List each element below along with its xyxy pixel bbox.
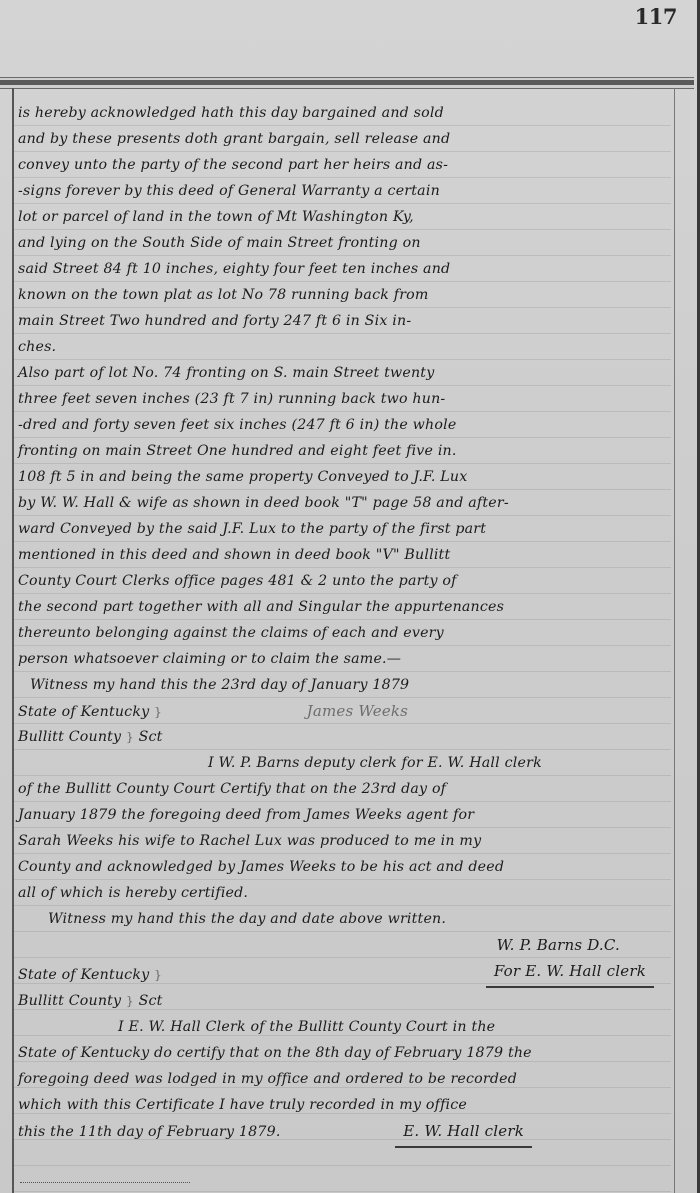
deed-line: known on the town plat as lot No 78 runn… [18, 282, 670, 308]
grantor-signature: James Weeks [307, 702, 408, 720]
venue-block: State of Kentucky } James Weeks [18, 698, 670, 724]
brace-icon: } [126, 988, 134, 1014]
deed-line: by W. W. Hall & wife as shown in deed bo… [18, 490, 670, 516]
cert-date-line: this the 11th day of February 1879. [18, 1124, 281, 1140]
venue-block: Bullitt County } Sct [18, 724, 670, 750]
deed-line: and by these presents doth grant bargain… [18, 126, 670, 152]
record-text: is hereby acknowledged hath this day bar… [18, 100, 670, 1144]
cert-line: I E. W. Hall Clerk of the Bullitt County… [18, 1014, 670, 1040]
brace-icon: } [154, 962, 162, 988]
ack-line: January 1879 the foregoing deed from Jam… [18, 802, 670, 828]
deed-line: and lying on the South Side of main Stre… [18, 230, 670, 256]
deed-line: -dred and forty seven feet six inches (2… [18, 412, 670, 438]
venue-county: Bullitt County [18, 993, 121, 1009]
ack-line: all of which is hereby certified. [18, 880, 670, 906]
ack-line: Sarah Weeks his wife to Rachel Lux was p… [18, 828, 670, 854]
ack-line: of the Bullitt County Court Certify that… [18, 776, 670, 802]
deed-line: is hereby acknowledged hath this day bar… [18, 100, 670, 126]
end-flourish [20, 1172, 190, 1183]
cert-line: State of Kentucky do certify that on the… [18, 1040, 670, 1066]
deed-line: lot or parcel of land in the town of Mt … [18, 204, 670, 230]
deed-line: three feet seven inches (23 ft 7 in) run… [18, 386, 670, 412]
deed-line: mentioned in this deed and shown in deed… [18, 542, 670, 568]
ack-line: Witness my hand this the day and date ab… [18, 906, 670, 932]
header-double-rule [0, 77, 694, 89]
deed-line: Also part of lot No. 74 fronting on S. m… [18, 360, 670, 386]
brace-icon: } [126, 724, 134, 750]
deed-line: County Court Clerks office pages 481 & 2… [18, 568, 670, 594]
deed-line: person whatsoever claiming or to claim t… [18, 646, 670, 672]
deed-line: thereunto belonging against the claims o… [18, 620, 670, 646]
deed-line: the second part together with all and Si… [18, 594, 670, 620]
cert-line: this the 11th day of February 1879. E. W… [18, 1118, 670, 1144]
deed-line: ches. [18, 334, 670, 360]
page-number: 117 [635, 4, 677, 29]
clerk-signature: E. W. Hall clerk [395, 1118, 532, 1148]
deed-line: -signs forever by this deed of General W… [18, 178, 670, 204]
deed-line: fronting on main Street One hundred and … [18, 438, 670, 464]
deed-line: said Street 84 ft 10 inches, eighty four… [18, 256, 670, 282]
ack-line: County and acknowledged by James Weeks t… [18, 854, 670, 880]
brace-icon: } [154, 699, 162, 725]
cert-line: foregoing deed was lodged in my office a… [18, 1066, 670, 1092]
venue-block: Bullitt County } Sct [18, 988, 670, 1014]
venue-sct: Sct [139, 729, 163, 745]
deputy-signature: W. P. Barns D.C. [18, 932, 670, 958]
venue-state: State of Kentucky [18, 704, 149, 720]
ledger-page: 117 is hereby acknowledged hath this day… [0, 0, 697, 1193]
clerk-for-signature-text: For E. W. Hall clerk [486, 958, 654, 988]
deed-line: main Street Two hundred and forty 247 ft… [18, 308, 670, 334]
ack-line: I W. P. Barns deputy clerk for E. W. Hal… [18, 750, 670, 776]
deed-line: ward Conveyed by the said J.F. Lux to th… [18, 516, 670, 542]
right-margin-rule [674, 88, 675, 1193]
deed-line: convey unto the party of the second part… [18, 152, 670, 178]
venue-sct: Sct [139, 993, 163, 1009]
witness-line: Witness my hand this the 23rd day of Jan… [18, 672, 670, 698]
venue-county: Bullitt County [18, 729, 121, 745]
cert-line: which with this Certificate I have truly… [18, 1092, 670, 1118]
deed-line: 108 ft 5 in and being the same property … [18, 464, 670, 490]
venue-state: State of Kentucky [18, 967, 149, 983]
